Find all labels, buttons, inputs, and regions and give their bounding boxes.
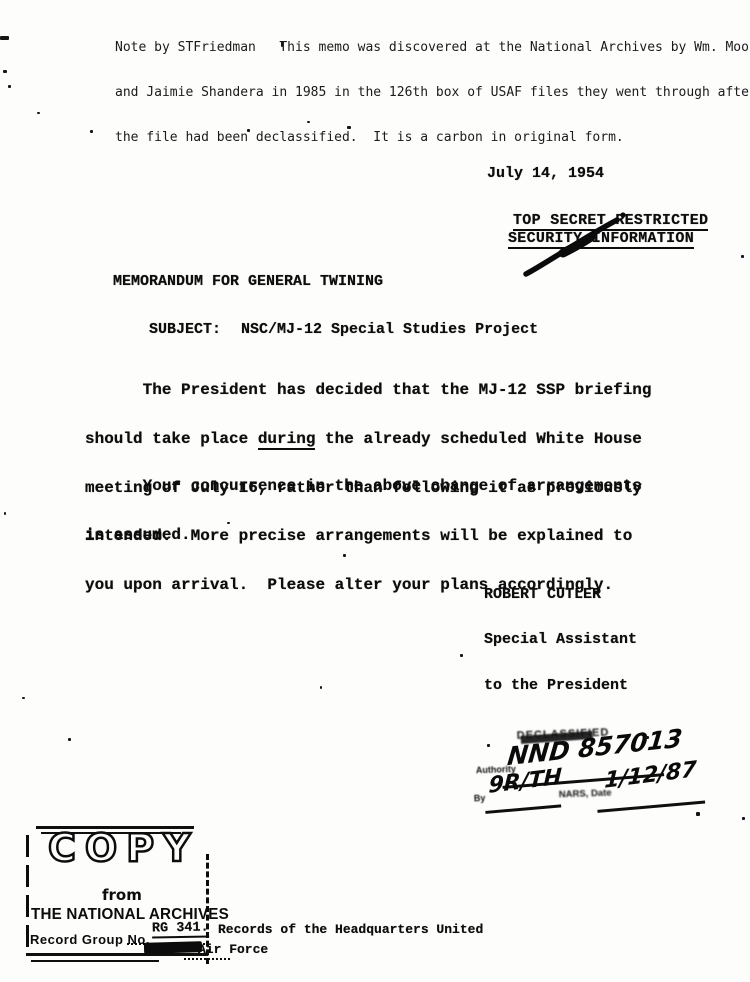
- strikethrough-mark: [493, 198, 653, 283]
- scan-speck: [37, 112, 40, 114]
- copy-from-label: from: [102, 886, 142, 904]
- scan-speck: [645, 736, 649, 739]
- record-group-value: RG 341.: [152, 921, 209, 939]
- scan-speck: [487, 744, 490, 747]
- scan-speck: [320, 686, 322, 689]
- scan-speck: [227, 522, 230, 524]
- scan-speck: [460, 654, 463, 657]
- date-value-handwriting: 1/12/87: [604, 757, 697, 794]
- paragraph-line: should take place during the already sch…: [85, 431, 652, 447]
- scan-speck: [22, 697, 25, 699]
- classification-stamp: TOP SECRET RESTRICTED SECURITY INFORMATI…: [505, 210, 750, 270]
- note-line-1: Note by STFriedman This memo was discove…: [115, 40, 750, 55]
- scan-speck: [90, 130, 93, 133]
- scan-speck: [68, 738, 71, 741]
- by-underline: [485, 804, 561, 813]
- scan-speck: [4, 512, 6, 515]
- subject-value: NSC/MJ-12 Special Studies Project: [241, 321, 538, 338]
- archivist-note: Note by STFriedman This memo was discove…: [115, 10, 750, 175]
- paragraph-line: The President has decided that the MJ-12…: [85, 382, 652, 398]
- document-page: Note by STFriedman This memo was discove…: [0, 0, 750, 982]
- scan-speck: [0, 36, 9, 40]
- paragraph-line: is assumed.: [85, 527, 642, 543]
- signature-block: ROBERT CUTLER Special Assistant to the P…: [484, 556, 637, 724]
- scan-speck: [347, 126, 351, 129]
- stamp-border-bottom-dots: [184, 958, 230, 960]
- memo-subject: SUBJECT:NSC/MJ-12 Special Studies Projec…: [113, 304, 538, 355]
- signer-title-1: Special Assistant: [484, 632, 637, 647]
- scan-speck: [696, 812, 700, 816]
- redaction-blob: [144, 941, 202, 954]
- scan-speck: [343, 554, 346, 557]
- signer-name: ROBERT CUTLER: [484, 587, 637, 602]
- memo-date: July 14, 1954: [487, 165, 604, 182]
- subject-label: SUBJECT:: [149, 321, 221, 338]
- copy-title: COPY: [48, 826, 200, 870]
- scan-speck: [247, 129, 250, 132]
- scan-speck: [281, 41, 283, 47]
- date-underline: [597, 800, 705, 812]
- note-line-2: and Jaimie Shandera in 1985 in the 126th…: [115, 85, 750, 100]
- stamp-border-bottom: [26, 953, 208, 956]
- signer-title-2: to the President: [484, 678, 637, 693]
- stamp-border-left: [26, 835, 29, 955]
- scan-speck: [3, 70, 7, 73]
- records-text-line-2: Air Force: [198, 942, 268, 957]
- scan-speck: [742, 817, 745, 820]
- scan-speck: [307, 121, 310, 123]
- records-text-line-1: Records of the Headquarters United: [218, 922, 483, 937]
- copy-stamp: COPY from THE NATIONAL ARCHIVES Record G…: [24, 822, 514, 977]
- scan-speck: [8, 85, 11, 88]
- declassification-stamp: DECLASSIFIED Authority NND 857013 By 9R/…: [466, 719, 729, 823]
- note-line-3: the file had been declassified. It is a …: [115, 130, 750, 145]
- stamp-border-bottom-inner: [31, 960, 159, 962]
- scan-speck: [741, 255, 744, 258]
- by-label: By: [474, 793, 486, 803]
- memo-addressee: MEMORANDUM FOR GENERAL TWINING: [113, 273, 383, 290]
- paragraph-line: Your concurrence in the above change of …: [85, 478, 642, 494]
